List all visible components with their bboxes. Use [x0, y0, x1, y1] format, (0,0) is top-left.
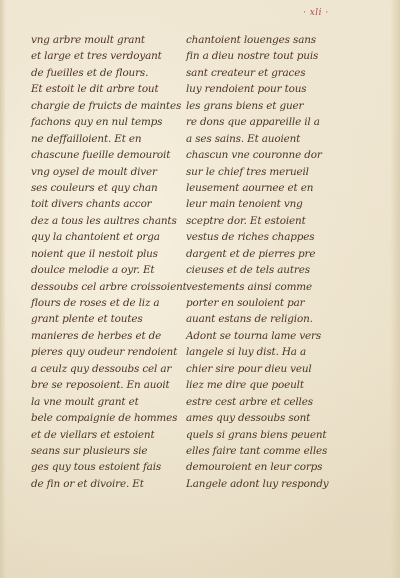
- text-line: ses couleurs et quy chan: [31, 180, 181, 196]
- text-line: liez me dire que poeult: [186, 377, 336, 393]
- text-line: Et estoit le dit arbre tout: [31, 81, 181, 97]
- page-edge-right: [390, 0, 400, 578]
- text-line: dessoubs cel arbre croissoient: [31, 279, 181, 295]
- text-column-right: chantoient louenges sansfin a dieu nostr…: [186, 32, 336, 492]
- text-line: vestus de riches chappes: [186, 229, 336, 245]
- text-line: a ses sains. Et auoient: [186, 131, 336, 147]
- text-line: de fueilles et de flours.: [31, 65, 181, 81]
- text-line: doulce melodie a oyr. Et: [31, 262, 181, 278]
- text-line: fin a dieu nostre tout puis: [186, 48, 336, 64]
- text-line: Langele adont luy respondy: [186, 476, 336, 492]
- folio-number: · xli ·: [303, 8, 329, 18]
- text-line: et de viellars et estoient: [31, 427, 181, 443]
- text-line: langele si luy dist. Ha a: [186, 344, 336, 360]
- text-line: toit divers chants accor: [31, 196, 181, 212]
- text-line: vng arbre moult grant: [31, 32, 181, 48]
- text-line: demouroient en leur corps: [186, 459, 336, 475]
- text-line: la vne moult grant et: [31, 394, 181, 410]
- text-line: bre se reposoient. En auoit: [31, 377, 181, 393]
- text-line: vestements ainsi comme: [186, 279, 336, 295]
- text-line: re dons que appareille il a: [186, 114, 336, 130]
- text-line: quy la chantoient et orga: [31, 229, 181, 245]
- text-line: cieuses et de tels autres: [186, 262, 336, 278]
- manuscript-page: · xli · vng arbre moult grantet large et…: [0, 0, 400, 578]
- text-line: chargie de fruicts de maintes: [31, 98, 181, 114]
- text-line: ges quy tous estoient fais: [31, 459, 181, 475]
- text-line: dargent et de pierres pre: [186, 246, 336, 262]
- text-line: noient que il nestoit plus: [31, 246, 181, 262]
- text-line: chascun vne couronne dor: [186, 147, 336, 163]
- text-line: manieres de herbes et de: [31, 328, 181, 344]
- text-line: flours de roses et de liz a: [31, 295, 181, 311]
- text-line: les grans biens et guer: [186, 98, 336, 114]
- text-line: quels si grans biens peuent: [186, 427, 336, 443]
- text-line: grant plente et toutes: [31, 311, 181, 327]
- text-line: ames quy dessoubs sont: [186, 410, 336, 426]
- text-line: auant estans de religion.: [186, 311, 336, 327]
- page-edge-left: [0, 0, 6, 578]
- text-line: leusement aournee et en: [186, 180, 336, 196]
- text-line: ne deffailloient. Et en: [31, 131, 181, 147]
- text-line: sur le chief tres merueil: [186, 164, 336, 180]
- text-line: bele compaignie de hommes: [31, 410, 181, 426]
- text-line: pieres quy oudeur rendoient: [31, 344, 181, 360]
- text-line: elles faire tant comme elles: [186, 443, 336, 459]
- text-line: porter en souloient par: [186, 295, 336, 311]
- text-line: a ceulz quy dessoubs cel ar: [31, 361, 181, 377]
- text-line: chier sire pour dieu veul: [186, 361, 336, 377]
- text-line: vng oysel de moult diver: [31, 164, 181, 180]
- text-line: Adont se tourna lame vers: [186, 328, 336, 344]
- text-line: et large et tres verdoyant: [31, 48, 181, 64]
- text-line: fachons quy en nul temps: [31, 114, 181, 130]
- text-line: sant createur et graces: [186, 65, 336, 81]
- text-line: estre cest arbre et celles: [186, 394, 336, 410]
- text-line: seans sur plusieurs sie: [31, 443, 181, 459]
- text-line: de fin or et divoire. Et: [31, 476, 181, 492]
- text-line: sceptre dor. Et estoient: [186, 213, 336, 229]
- text-column-left: vng arbre moult grantet large et tres ve…: [31, 32, 181, 492]
- text-line: chantoient louenges sans: [186, 32, 336, 48]
- text-line: dez a tous les aultres chants: [31, 213, 181, 229]
- text-line: chascune fueille demouroit: [31, 147, 181, 163]
- text-line: leur main tenoient vng: [186, 196, 336, 212]
- text-line: luy rendoient pour tous: [186, 81, 336, 97]
